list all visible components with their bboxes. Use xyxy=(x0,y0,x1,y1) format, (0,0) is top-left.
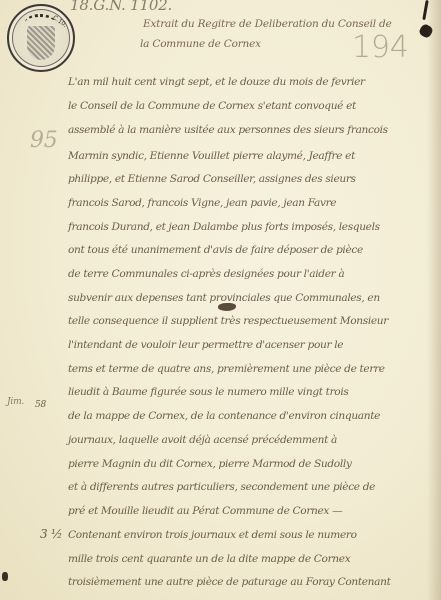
body-line: mille trois cent quarante un de la dite … xyxy=(68,553,350,565)
body-line: francois Durand, et jean Dalambe plus fo… xyxy=(68,221,380,233)
body-line: telle consequence il supplient très resp… xyxy=(68,315,388,327)
folio-number: 194 xyxy=(352,30,409,65)
document-page: C.10. 18.G.N. 1102. Extrait du Regitre d… xyxy=(0,0,441,600)
revenue-stamp: C.10. xyxy=(7,4,75,72)
body-line: le Conseil de la Commune de Cornex s'eta… xyxy=(68,100,356,112)
body-line: assemblé à la manière usitée aux personn… xyxy=(68,124,388,136)
body-line: Marmin syndic, Etienne Vouillet pierre a… xyxy=(68,150,355,162)
ink-stain xyxy=(2,572,8,581)
body-line: pierre Magnin du dit Cornex, pierre Marm… xyxy=(68,458,352,470)
body-line: l'intendant de vouloir leur permettre d'… xyxy=(68,339,343,351)
coat-of-arms-icon xyxy=(27,26,55,60)
body-line: troisièmement une autre pièce de paturag… xyxy=(68,576,390,588)
body-line: tems et terme de quatre ans, premièremen… xyxy=(68,363,385,375)
body-line: L'an mil huit cent vingt sept, et le dou… xyxy=(68,76,365,88)
body-line: de terre Communales ci-après designées p… xyxy=(68,268,344,280)
margin-note: Jim. xyxy=(7,397,24,407)
body-line: pré et Mouille lieudit au Pérat Commune … xyxy=(68,505,342,517)
body-line: lieudit à Baume figurée sous le numero m… xyxy=(68,386,348,398)
margin-fraction: 3 ½ xyxy=(40,527,62,541)
top-reference: 18.G.N. 1102. xyxy=(70,0,172,14)
title-line-1: Extrait du Regitre de Deliberation du Co… xyxy=(143,18,392,30)
margin-number: 58 xyxy=(35,400,46,410)
page-edge xyxy=(427,0,441,600)
body-line: ont tous été unanimement d'avis de faire… xyxy=(68,244,363,256)
body-line: et à differents autres particuliers, sec… xyxy=(68,481,375,493)
body-line: philippe, et Etienne Sarod Conseiller, a… xyxy=(68,173,356,185)
margin-page-number: 95 xyxy=(30,128,58,153)
body-line: de la mappe de Cornex, de la contenance … xyxy=(68,410,380,422)
body-line: francois Sarod, francois Vigne, jean pav… xyxy=(68,197,336,209)
title-line-2: la Commune de Cornex xyxy=(140,38,261,50)
body-line: Contenant environ trois journaux et demi… xyxy=(68,529,357,541)
body-line: journaux, laquelle avoit déjà acensé pré… xyxy=(68,434,337,446)
ink-stain xyxy=(218,303,236,311)
